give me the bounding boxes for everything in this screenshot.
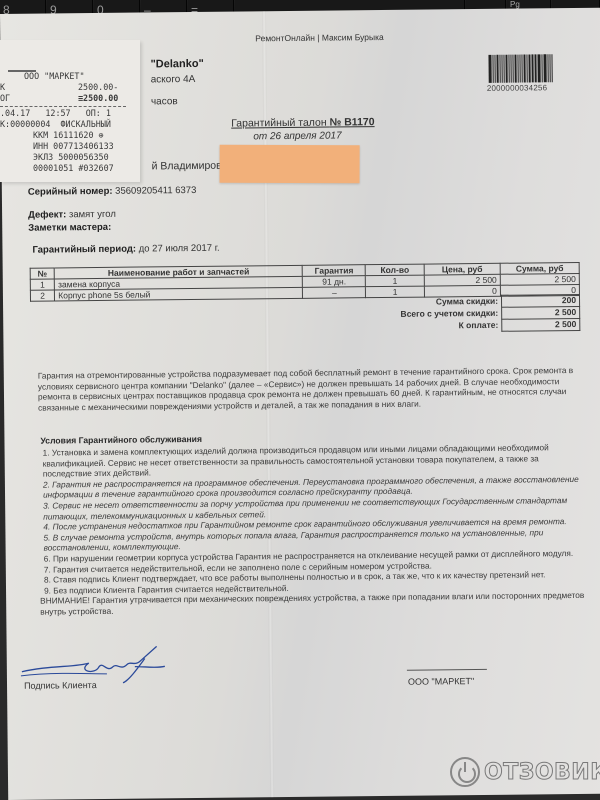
otzovik-logo-icon [450,757,480,787]
receipt-total-label: ОГ [0,93,10,104]
sticky-note-redaction [220,145,360,183]
row-num: 2 [30,290,54,301]
ticket-number: № B1170 [330,116,375,128]
company-address: аского 4А [151,74,196,85]
receipt-item-value: 2500.00- [78,82,118,93]
warranty-intro: Гарантия на отремонтированные устройства… [38,365,583,413]
col-warranty: Гарантия [303,265,366,277]
receipt-item-label: К [0,82,5,93]
signature-icon [17,644,177,686]
defect-value: замят угол [66,209,116,221]
otzovik-watermark: ОТЗОВИК [450,757,600,787]
client-signature-label: Подпись Клиента [24,680,97,691]
ticket-title: Гарантийный талон № B1170 [231,116,375,130]
serial-number-field: Серийный номер: 35609205411 6373 [28,185,197,198]
defect-label: Дефект: [28,209,66,220]
receipt-inn: ИНН 007713406133 [33,141,114,152]
watermark-text: ОТЗОВИК [484,760,600,785]
col-num: № [30,268,54,279]
barcode-number: 2000000034256 [487,83,548,93]
warranty-period-field: Гарантийный период: до 27 июля 2017 г. [32,243,219,256]
conditions-title: Условия Гарантийного обслуживания [40,434,202,446]
seller-signature-label: ООО "МАРКЕТ" [408,676,474,687]
receipt-doc-line: К:00000004 ФИСКАЛЬНЫЙ [0,119,111,130]
serial-label: Серийный номер: [28,186,113,198]
discount-value: 200 [501,294,579,307]
barcode-icon [488,54,568,83]
to-pay-value: 2 500 [502,318,580,331]
row-name: Корпус phone 5s белый [55,287,303,301]
conditions-list: 1. Установка и замена комплектующих изде… [39,442,586,617]
cash-receipt: ООО "МАРКЕТ" К 2500.00- ОГ ≡2500.00 .04.… [0,40,140,182]
receipt-kpk: 00001051 #032607 [33,163,114,174]
col-qty: Кол-во [365,264,424,276]
totals-table: Сумма скидки: 200 Всего с учетом скидки:… [303,294,580,334]
receipt-eklz: ЭКЛЗ 5000056350 [33,152,109,163]
to-pay-label: К оплате: [303,319,502,333]
notes-label: Заметки мастера: [28,222,111,234]
row-warranty: 91 дн. [303,276,366,288]
defect-field: Дефект: замят угол [28,209,116,221]
notes-field: Заметки мастера: [28,222,111,234]
seller-signature-line [407,669,487,671]
period-value: до 27 июля 2017 г. [136,243,220,255]
service-header: РемонтОнлайн | Максим Бурыка [255,32,384,43]
receipt-seller: ООО "МАРКЕТ" [24,71,85,82]
col-sum: Сумма, руб [500,262,579,274]
row-sum: 2 500 [500,273,579,285]
ticket-title-text: Гарантийный талон [231,117,330,130]
company-name: "Delanko" [150,58,203,71]
total-value: 2 500 [502,306,580,319]
working-hours: часов [151,96,178,107]
to-pay-row: К оплате: 2 500 [303,318,580,333]
ticket-date: от 26 апреля 2017 [253,130,341,142]
warning-text: ВНИМАНИЕ! Гарантия утрачивается при меха… [40,590,585,617]
row-price: 2 500 [424,274,500,286]
col-price: Цена, руб [424,263,500,275]
serial-value: 35609205411 6373 [115,185,196,197]
receipt-total-value: ≡2500.00 [78,93,118,104]
receipt-kkm: ККМ 16111620 ⊕ [33,130,104,141]
row-qty: 1 [366,275,425,287]
receipt-datetime: .04.17 12:57 ОП: 1 [0,108,111,119]
receipt-divider [0,106,126,107]
row-num: 1 [30,279,54,290]
period-label: Гарантийный период: [32,244,136,256]
